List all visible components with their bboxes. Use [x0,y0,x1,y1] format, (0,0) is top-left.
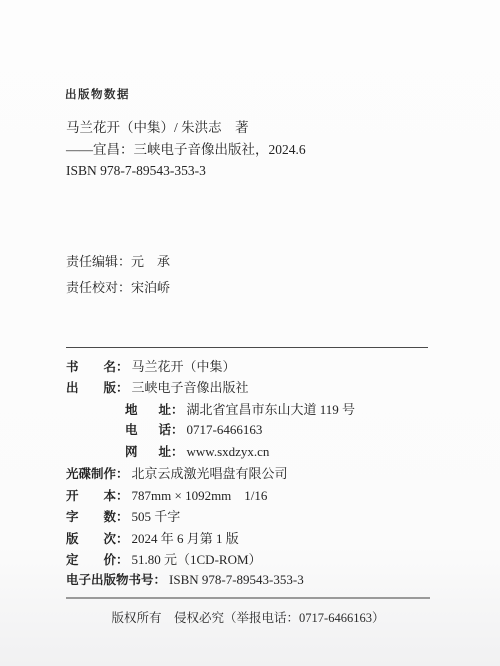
colophon-colon: ： [171,420,184,438]
colophon-label: 开本 [66,486,116,504]
colophon-colon: ： [154,570,167,588]
colophon-value: 51.80 元（1CD-ROM） [132,549,262,568]
cip-block: 马兰花开（中集）/ 朱洪志 著 ——宜昌：三峡电子音像出版社，2024.6 IS… [66,117,306,182]
colophon-value: 湖北省宜昌市东山大道 119 号 [187,399,356,418]
colophon-label: 出版 [66,378,116,396]
colophon-row: 出版：三峡电子音像出版社 [66,377,355,398]
copyright-notice: 版权所有 侵权必究（举报电话：0717-6466163） [66,608,430,626]
isbn-line: ISBN 978-7-89543-353-3 [66,160,306,182]
colophon-value: 北京云成激光唱盘有限公司 [132,463,288,482]
colophon-value: 三峡电子音像出版社 [132,377,249,396]
colophon-row: 开本：787mm × 1092mm 1/16 [66,485,355,506]
colophon-label: 字数 [66,507,116,525]
colophon-value: ISBN 978-7-89543-353-3 [169,572,304,588]
colophon-row: 版次：2024 年 6 月第 1 版 [66,528,355,549]
staff-row: 责任校对：宋泊峤 [66,275,170,301]
colophon-label: 版次 [66,529,116,547]
colophon-label: 书名 [66,357,116,375]
colophon-label: 定价 [66,550,116,568]
page-header: 出版物数据 [65,86,130,102]
colophon-colon: ： [116,486,129,504]
colophon-value: 2024 年 6 月第 1 版 [132,528,239,547]
colophon-value: 马兰花开（中集） [132,356,236,375]
book-title-line: 马兰花开（中集）/ 朱洪志 著 [66,117,306,139]
colophon-row: 电子出版物书号：ISBN 978-7-89543-353-3 [66,570,355,591]
colophon-row: 定价：51.80 元（1CD-ROM） [66,549,355,570]
colophon-row: 字数：505 千字 [66,506,355,527]
colophon-colon: ： [116,529,129,547]
colophon-colon: ： [171,442,184,460]
colophon-label: 光碟制作 [66,464,116,482]
colophon-row: 地址：湖北省宜昌市东山大道 119 号 [125,399,355,420]
colophon-colon: ： [116,507,129,525]
colophon-colon: ： [116,464,129,482]
colophon-row: 电话：0717-6466163 [125,420,355,441]
colophon-value: 0717-6466163 [187,422,263,438]
colophon-colon: ： [116,378,129,396]
colophon-row: 书名：马兰花开（中集） [66,356,355,377]
colophon-colon: ： [171,400,184,418]
divider-top [66,347,428,348]
colophon-value: www.sxdzyx.cn [187,444,270,460]
colophon-block: 书名：马兰花开（中集）出版：三峡电子音像出版社地址：湖北省宜昌市东山大道 119… [66,356,355,592]
colophon-value: 787mm × 1092mm 1/16 [132,485,268,504]
divider-bottom [66,597,430,599]
staff-block: 责任编辑：元 承责任校对：宋泊峤 [66,249,170,301]
colophon-label: 地址 [125,400,171,418]
copyright-page: 出版物数据 马兰花开（中集）/ 朱洪志 著 ——宜昌：三峡电子音像出版社，202… [0,0,500,666]
colophon-label: 电子出版物书号 [66,570,154,588]
publisher-line: ——宜昌：三峡电子音像出版社，2024.6 [66,139,306,161]
colophon-row: 光碟制作：北京云成激光唱盘有限公司 [66,463,355,484]
colophon-row: 网址：www.sxdzyx.cn [125,442,355,463]
colophon-label: 电话 [125,420,171,438]
colophon-colon: ： [116,357,129,375]
staff-row: 责任编辑：元 承 [66,249,170,275]
colophon-value: 505 千字 [132,506,181,525]
colophon-label: 网址 [125,442,171,460]
colophon-colon: ： [116,550,129,568]
